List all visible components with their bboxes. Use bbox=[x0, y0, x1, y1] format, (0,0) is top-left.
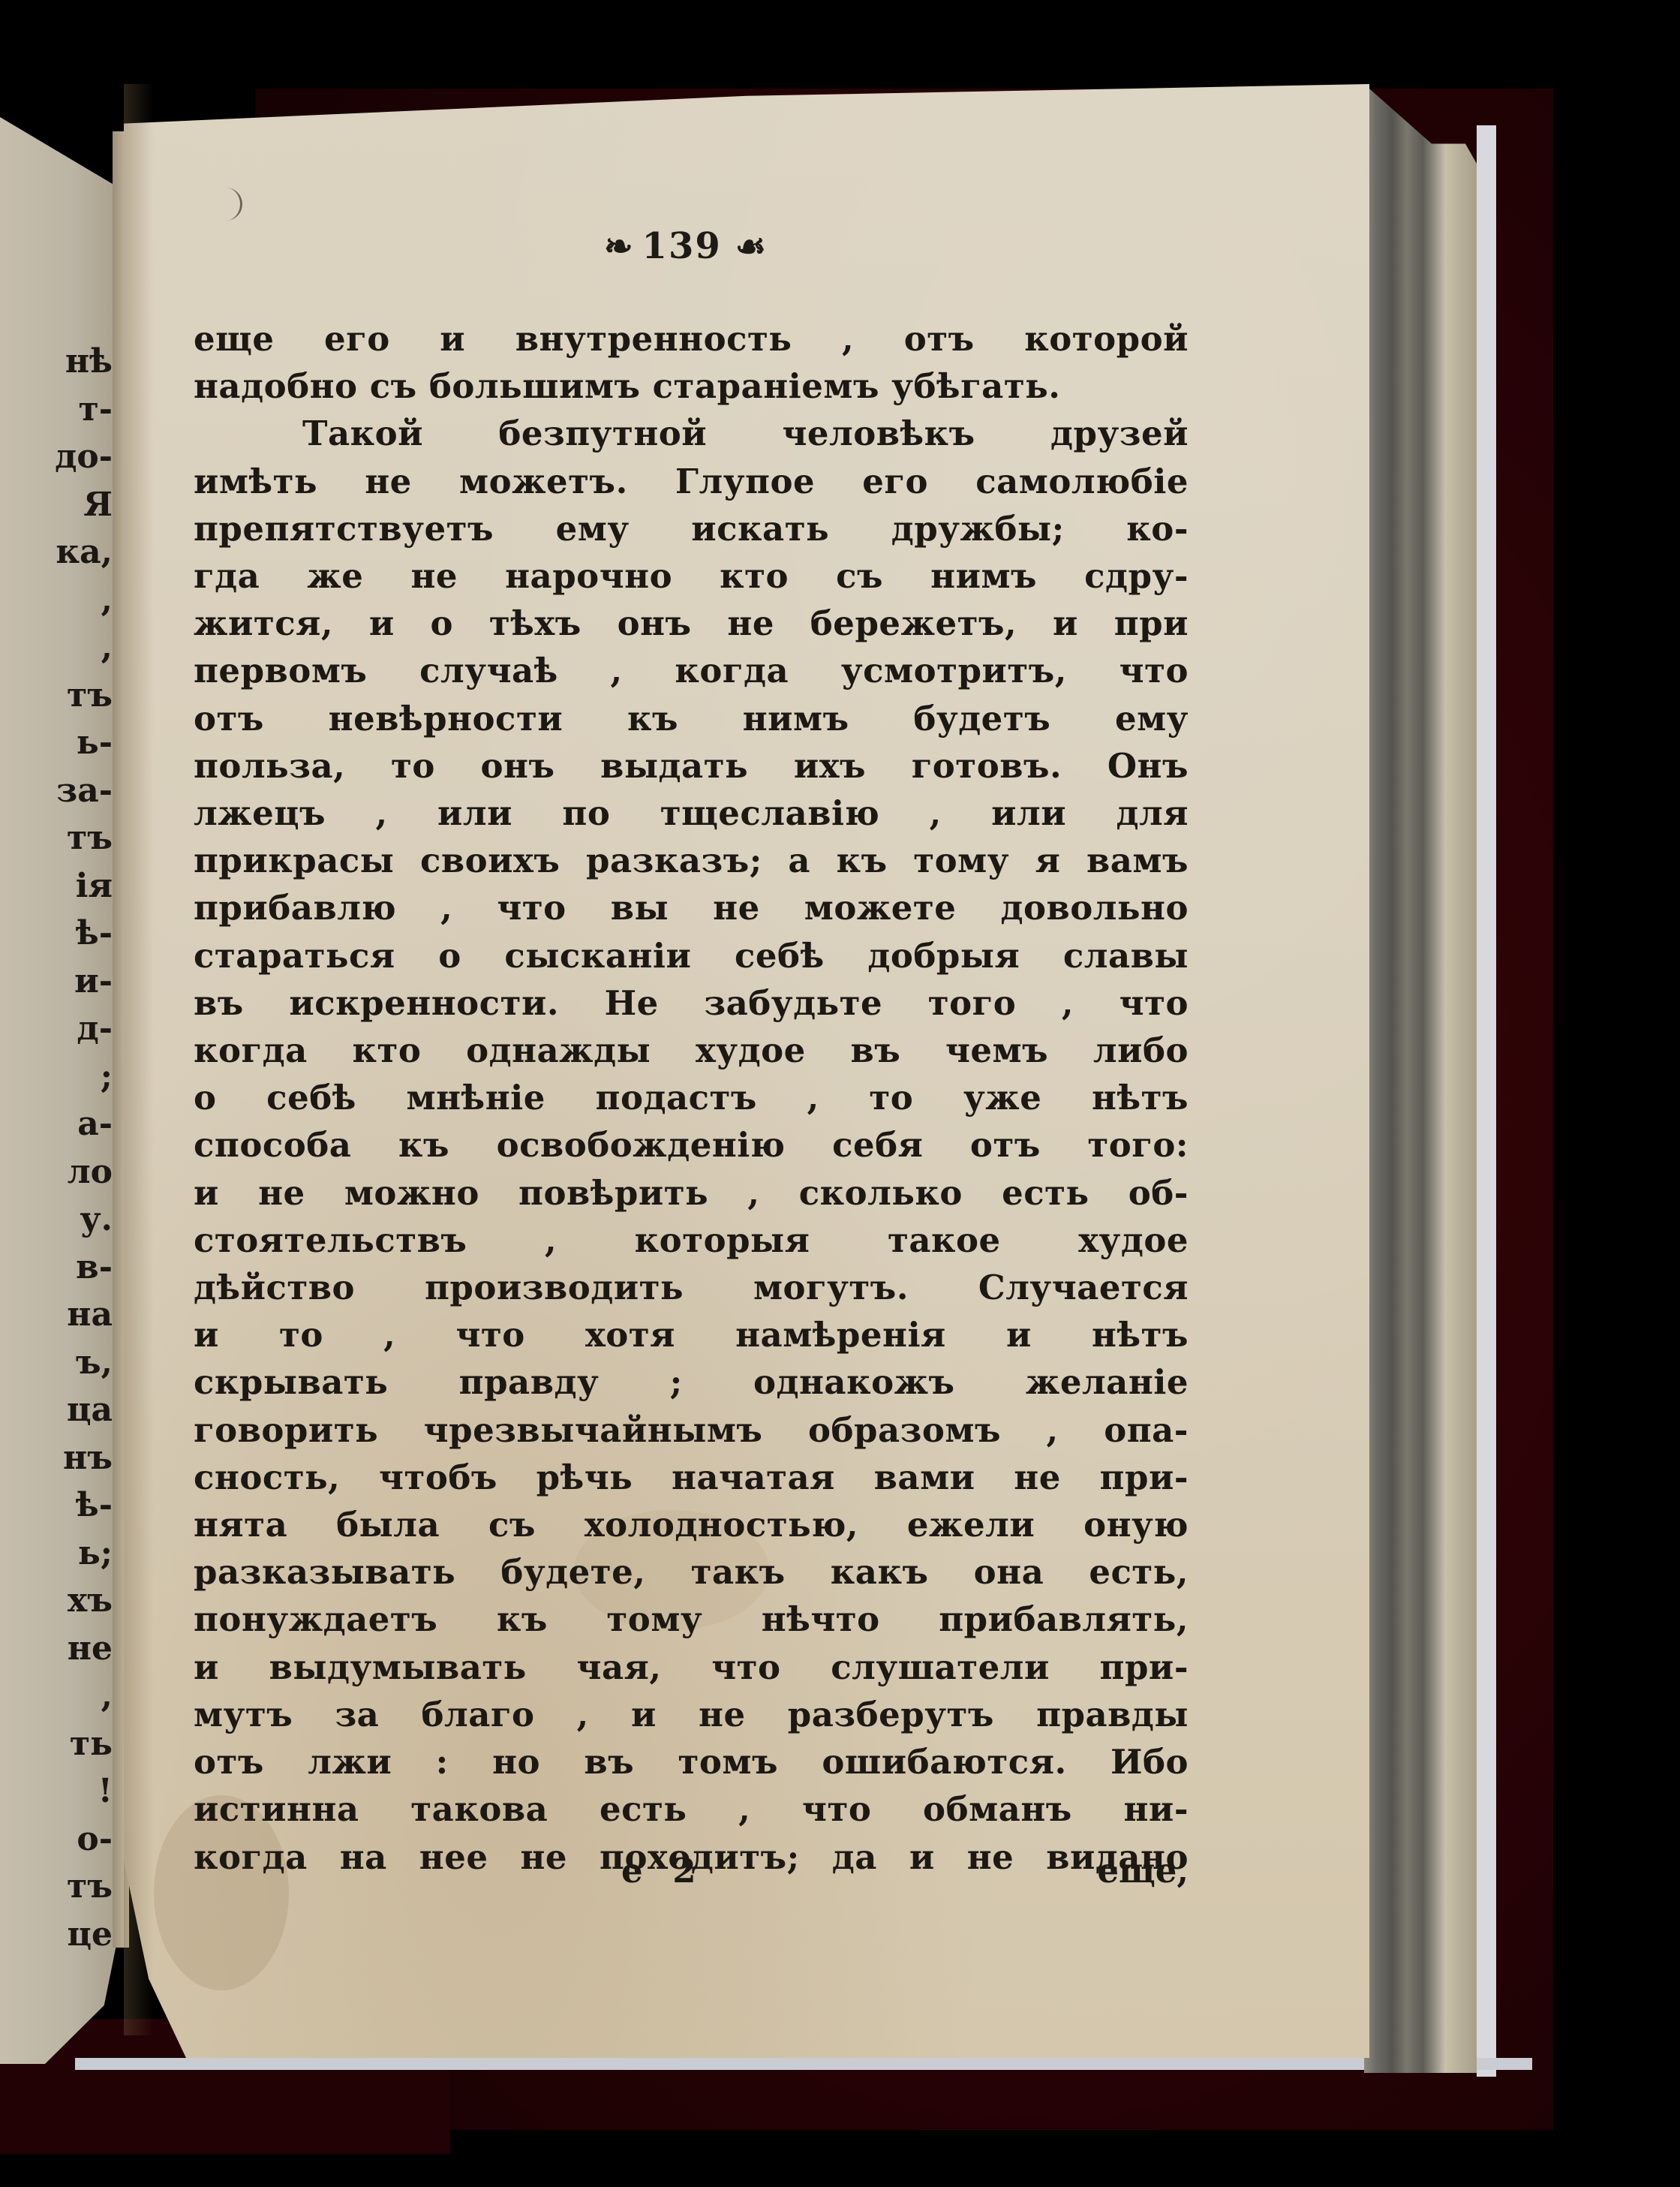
page-footer: е 2 еще, bbox=[194, 1851, 1189, 1903]
left-page-fragment: ъ, bbox=[0, 1339, 113, 1387]
ornament-left-icon: ❧ bbox=[604, 229, 629, 263]
page-block-bottom-edge bbox=[75, 2058, 1532, 2070]
text-line: скрывать правду ; однакожъ желанiе bbox=[194, 1358, 1189, 1406]
left-page-fragment: у. bbox=[0, 1196, 113, 1244]
running-header: ❧ 139 ☙ bbox=[555, 225, 810, 267]
left-page-fragment: ; bbox=[0, 1053, 113, 1101]
left-page-text-fragments: нѣт-до-Яка,,,тъь-за-тъіяѣ-и-д-;а-лоу.в-н… bbox=[0, 338, 113, 1958]
left-page-fragment: не bbox=[0, 1625, 113, 1673]
left-page-fragment: т- bbox=[0, 386, 113, 434]
left-page-fragment: за- bbox=[0, 767, 113, 815]
left-page-fragment: , bbox=[0, 576, 113, 624]
left-page-fragment: це bbox=[0, 1911, 113, 1959]
left-page-fragment: до- bbox=[0, 433, 113, 481]
ornament-right-icon: ☙ bbox=[735, 229, 762, 263]
signature-mark: е 2 bbox=[621, 1851, 705, 1891]
text-line: стараться о сысканiи себѣ добрыя славы bbox=[194, 932, 1189, 979]
text-line: польза, то онъ выдать ихъ готовъ. Онъ bbox=[194, 742, 1189, 790]
left-page-fragment: ца bbox=[0, 1386, 113, 1434]
text-line: въ искренности. Не забудьте того , что bbox=[194, 979, 1189, 1027]
catchword: еще, bbox=[1097, 1851, 1189, 1891]
left-page-fragment: а- bbox=[0, 1100, 113, 1148]
left-page-fragment: Я bbox=[0, 481, 113, 529]
text-line: и то , что хотя намѣренiя и нѣтъ bbox=[194, 1311, 1189, 1358]
left-page-fragment: , bbox=[0, 624, 113, 672]
left-page-fragment: в- bbox=[0, 1244, 113, 1292]
text-line: гда же не нарочно кто съ нимъ сдру- bbox=[194, 552, 1189, 600]
text-line: отъ невѣрности къ нимъ будетъ ему bbox=[194, 695, 1189, 742]
text-line: жится, и о тѣхъ онъ не бережетъ, и при bbox=[194, 600, 1189, 647]
left-page-fragment: ло bbox=[0, 1148, 113, 1196]
text-line: мутъ за благо , и не разберутъ правды bbox=[194, 1691, 1189, 1738]
page-gutter-shadow bbox=[124, 84, 154, 2035]
left-page-fragment: о- bbox=[0, 1815, 113, 1864]
text-line: разказывать будете, такъ какъ она есть, bbox=[194, 1548, 1189, 1596]
text-line: имѣть не можетъ. Глупое его самолюбiе bbox=[194, 458, 1189, 505]
text-line: когда кто однажды худое въ чемъ либо bbox=[194, 1027, 1189, 1074]
left-page-fragment: ка, bbox=[0, 528, 113, 576]
left-page-fragment: ь- bbox=[0, 719, 113, 767]
body-text: еще его и внутренность , отъ которойнадо… bbox=[194, 315, 1189, 1881]
text-line: лжецъ , или по тщеславiю , или для bbox=[194, 790, 1189, 837]
left-page-fragment: ѣ- bbox=[0, 1482, 113, 1530]
text-line: еще его и внутренность , отъ которой bbox=[194, 315, 1189, 362]
left-page-fragment: , bbox=[0, 1672, 113, 1720]
left-page-fragment: д- bbox=[0, 1005, 113, 1053]
left-page-fragment: тъ bbox=[0, 814, 113, 862]
left-page: нѣт-до-Яка,,,тъь-за-тъіяѣ-и-д-;а-лоу.в-н… bbox=[0, 113, 124, 2064]
text-line: надобно съ большимъ старанiемъ убѣгать. bbox=[194, 362, 1189, 410]
text-line: прикрасы своихъ разказъ; а къ тому я вам… bbox=[194, 837, 1189, 884]
text-line: и не можно повѣрить , сколько есть об- bbox=[194, 1169, 1189, 1217]
left-page-fragment: ! bbox=[0, 1767, 113, 1815]
left-page-fragment: хъ bbox=[0, 1577, 113, 1625]
text-line: говорить чрезвычайнымъ образомъ , опа- bbox=[194, 1406, 1189, 1454]
left-page-fragment: ь; bbox=[0, 1530, 113, 1578]
text-line: отъ лжи : но въ томъ ошибаются. Ибо bbox=[194, 1738, 1189, 1785]
page-stack-edges bbox=[1364, 84, 1477, 2073]
text-line: первомъ случаѣ , когда усмотритъ, что bbox=[194, 647, 1189, 694]
text-line: нята была съ холодностью, ежели оную bbox=[194, 1501, 1189, 1548]
left-page-fragment: ть bbox=[0, 1720, 113, 1768]
left-page-fragment: на bbox=[0, 1291, 113, 1339]
text-line: препятствуетъ ему искать дружбы; ко- bbox=[194, 505, 1189, 552]
text-line: Такой безпутной человѣкъ друзей bbox=[194, 410, 1189, 457]
text-line: прибавлю , что вы не можете довольно bbox=[194, 884, 1189, 931]
left-page-fragment: нъ bbox=[0, 1434, 113, 1482]
left-page-fragment: и- bbox=[0, 958, 113, 1006]
page-block-edge bbox=[1477, 125, 1496, 2077]
left-page-fragment: ѣ- bbox=[0, 910, 113, 958]
text-line: понуждаетъ къ тому нѣчто прибавлять, bbox=[194, 1596, 1189, 1643]
text-line: стоятельствъ , которыя такое худое bbox=[194, 1217, 1189, 1264]
text-line: истинна такова есть , что обманъ ни- bbox=[194, 1785, 1189, 1833]
text-line: дѣйство производить могутъ. Случается bbox=[194, 1264, 1189, 1311]
left-page-fragment: тъ bbox=[0, 672, 113, 720]
text-line: сность, чтобъ рѣчь начатая вами не при- bbox=[194, 1454, 1189, 1501]
left-page-fragment: нѣ bbox=[0, 338, 113, 386]
text-line: о себѣ мнѣнiе подастъ , то уже нѣтъ bbox=[194, 1074, 1189, 1121]
text-line: способа къ освобожденiю себя отъ того: bbox=[194, 1121, 1189, 1169]
left-page-fragment: тъ bbox=[0, 1863, 113, 1911]
text-line: и выдумывать чая, что слушатели при- bbox=[194, 1644, 1189, 1691]
page-number: 139 bbox=[642, 225, 722, 267]
left-page-fragment: ія bbox=[0, 862, 113, 910]
